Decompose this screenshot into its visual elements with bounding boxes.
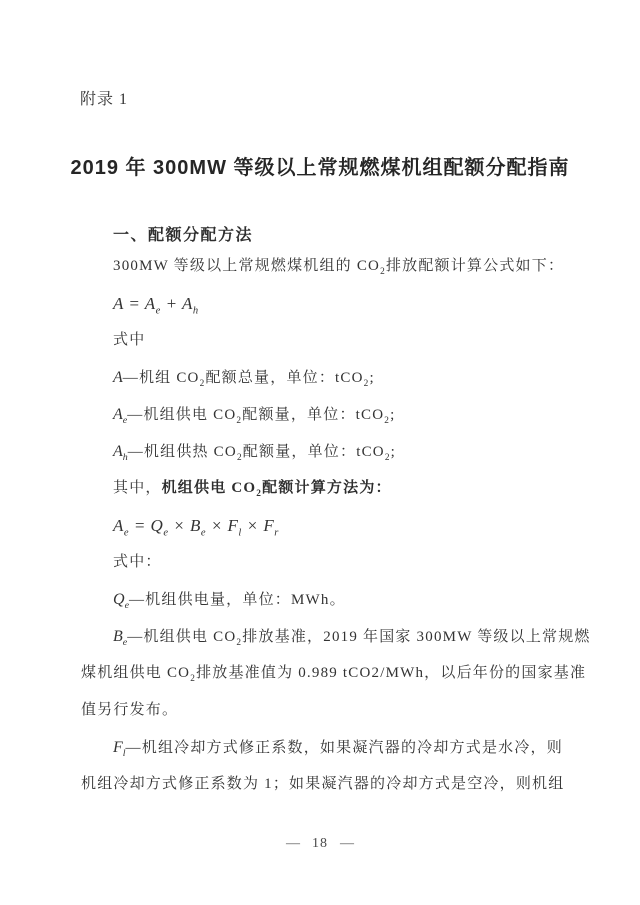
paragraph-be-line2: 煤机组供电 CO2排放基准值为 0.989 tCO2/MWh，以后年份的国家基准 — [81, 655, 573, 692]
paragraph-fl-line2-text: 机组冷却方式修正系数为 1；如果凝汽器的冷却方式是空冷，则机组 — [81, 776, 564, 792]
where-label-2: 式中： — [81, 544, 573, 581]
definition-ae: Ae—机组供电 CO2配额量，单位：tCO2; — [81, 396, 573, 433]
where-label-2-text: 式中： — [113, 554, 162, 570]
document-body: 300MW 等级以上常规燃煤机组的 CO2排放配额计算公式如下： A = Ae … — [81, 248, 573, 803]
definition-ah: Ah—机组供热 CO2配额量，单位：tCO2; — [81, 433, 573, 470]
where-label-1-text: 式中 — [113, 332, 145, 348]
section-heading: 一、配额分配方法 — [81, 222, 253, 245]
definition-a: A—机组 CO2配额总量，单位：tCO2; — [81, 359, 573, 396]
document-page: 附录 1 2019 年 300MW 等级以上常规燃煤机组配额分配指南 一、配额分… — [0, 0, 640, 905]
definition-ae-desc: —机组供电 CO2配额量，单位：tCO2; — [127, 407, 395, 423]
definition-qe-desc: —机组供电量，单位：MWh。 — [129, 592, 346, 608]
document-title: 2019 年 300MW 等级以上常规燃煤机组配额分配指南 — [40, 151, 600, 180]
formula-electricity-text: Ae = Qe × Be × Fl × Fr — [113, 516, 279, 535]
paragraph-be-term: Be — [113, 628, 127, 645]
appendix-label: 附录 1 — [80, 86, 128, 109]
footer-page-number: 18 — [312, 836, 328, 851]
where-label-1: 式中 — [81, 322, 573, 359]
paragraph-be-line1-text: —机组供电 CO2排放基准，2019 年国家 300MW 等级以上常规燃 — [127, 629, 590, 645]
paragraph-be-line2-text: 煤机组供电 CO2排放基准值为 0.989 tCO2/MWh，以后年份的国家基准 — [81, 665, 586, 681]
method-intro-prefix: 其中， — [113, 480, 162, 496]
definition-ae-term: Ae — [113, 406, 127, 423]
definition-qe-term: Qe — [113, 591, 129, 608]
formula-total-allowance: A = Ae + Ah — [81, 285, 573, 322]
definition-a-term: A — [113, 369, 123, 386]
definition-ah-desc: —机组供热 CO2配额量，单位：tCO2; — [128, 444, 396, 460]
page-number-footer: —18— — [0, 836, 640, 852]
definition-qe: Qe—机组供电量，单位：MWh。 — [81, 581, 573, 618]
footer-dash-left: — — [286, 836, 300, 851]
paragraph-be-line3: 值另行发布。 — [81, 692, 573, 729]
paragraph-be-line1: Be—机组供电 CO2排放基准，2019 年国家 300MW 等级以上常规燃 — [81, 618, 573, 655]
paragraph-be-line3-text: 值另行发布。 — [81, 702, 178, 718]
paragraph-fl-term: Fl — [113, 739, 126, 756]
formula-total-text: A = Ae + Ah — [113, 294, 199, 313]
definition-a-desc: —机组 CO2配额总量，单位：tCO2; — [123, 370, 375, 386]
method-intro-line: 其中，机组供电 CO2配额计算方法为： — [81, 470, 573, 507]
definition-ah-term: Ah — [113, 443, 128, 460]
paragraph-fl-line1: Fl—机组冷却方式修正系数，如果凝汽器的冷却方式是水冷，则 — [81, 729, 573, 766]
intro-text: 300MW 等级以上常规燃煤机组的 CO2排放配额计算公式如下： — [113, 258, 564, 274]
formula-electricity-allowance: Ae = Qe × Be × Fl × Fr — [81, 507, 573, 544]
method-intro-bold: 机组供电 CO2配额计算方法为： — [162, 480, 392, 496]
paragraph-fl-line1-text: —机组冷却方式修正系数，如果凝汽器的冷却方式是水冷，则 — [126, 740, 563, 756]
paragraph-fl-line2: 机组冷却方式修正系数为 1；如果凝汽器的冷却方式是空冷，则机组 — [81, 766, 573, 803]
footer-dash-right: — — [340, 836, 354, 851]
intro-paragraph: 300MW 等级以上常规燃煤机组的 CO2排放配额计算公式如下： — [81, 248, 573, 285]
